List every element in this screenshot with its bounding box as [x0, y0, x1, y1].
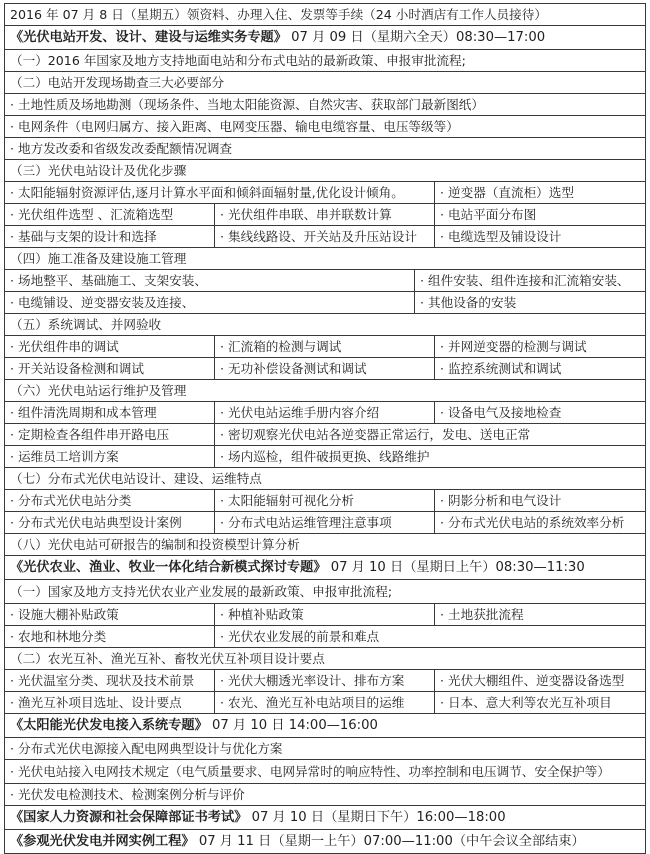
list-item: · 分布式光伏电站的系统效率分析: [435, 512, 646, 534]
list-item: · 土地获批流程: [435, 604, 646, 626]
item-row: · 运维员工培训方案 · 场内巡检，组件破损更换、线路维护: [5, 446, 646, 468]
topic1-time: 07 月 09 日（星期六全天）08:30—17:00: [287, 30, 545, 45]
topic1-header: 《光伏电站开发、设计、建设与运维实务专题》 07 月 09 日（星期六全天）08…: [5, 26, 646, 50]
list-item: · 集线线路设、开关站及升压站设计: [215, 226, 435, 248]
list-item: · 光伏发电检测技术、检测案例分析与评价: [5, 784, 646, 806]
list-item: · 运维员工培训方案: [5, 446, 215, 468]
item-row: · 光伏温室分类、现状及技术前景 · 光伏大棚透光率设计、排布方案 · 光伏大棚…: [5, 670, 646, 692]
topic3-header: 《太阳能光伏发电接入系统专题》 07 月 10 日 14:00—16:00: [5, 714, 646, 738]
topic2-section-2: （二）农光互补、渔光互补、畜牧光伏互补项目设计要点: [5, 648, 646, 670]
item-row: · 光伏电站接入电网技术规定（电气质量要求、电网异常时的响应特性、功率控制和电压…: [5, 760, 646, 784]
topic2-header: 《光伏农业、渔业、牧业一体化结合新模式探讨专题》 07 月 10 日（星期日上午…: [5, 556, 646, 580]
section-row: （一）国家及地方支持光伏农业产业发展的最新政策、申报审批流程;: [5, 580, 646, 604]
list-item: · 土地性质及场地勘测（现场条件、当地太阳能资源、自然灾害、获取部门最新图纸）: [5, 94, 646, 116]
list-item: · 电缆选型及铺设设计: [435, 226, 646, 248]
list-item: · 光伏组件选型 、汇流箱选型: [5, 204, 215, 226]
list-item: · 农地和林地分类: [5, 626, 215, 648]
list-item: · 分布式光伏电源接入配电网典型设计与优化方案: [5, 738, 646, 760]
list-item: · 日本、意大利等农光互补项目: [435, 692, 646, 714]
list-item: · 设备电气及接地检查: [435, 402, 646, 424]
list-item: · 分布式光伏电站典型设计案例: [5, 512, 215, 534]
item-row: · 分布式光伏电站典型设计案例 · 分布式电站运维管理注意事项 · 分布式光伏电…: [5, 512, 646, 534]
topic1-section-8: （八）光伏电站可研报告的编制和投资模型计算分析: [5, 534, 646, 556]
list-item: · 电缆铺设、逆变器安装及连接、: [5, 292, 415, 314]
section-row: （一）2016 年国家及地方支持地面电站和分布式电站的最新政策、申报审批流程;: [5, 50, 646, 72]
list-item: · 定期检查各组件串开路电压: [5, 424, 215, 446]
item-row: · 农地和林地分类 · 光伏农业发展的前景和难点: [5, 626, 646, 648]
item-row: · 分布式光伏电站分类 · 太阳能辐射可视化分析 · 阴影分析和电气设计: [5, 490, 646, 512]
list-item: · 种植补贴政策: [215, 604, 435, 626]
list-item: · 光伏电站接入电网技术规定（电气质量要求、电网异常时的响应特性、功率控制和电压…: [5, 760, 646, 784]
list-item: · 设施大棚补贴政策: [5, 604, 215, 626]
list-item: · 逆变器（直流柜）选型: [435, 182, 646, 204]
list-item: · 太阳能辐射可视化分析: [215, 490, 435, 512]
item-row: · 光伏发电检测技术、检测案例分析与评价: [5, 784, 646, 806]
section-row: （二）电站开发现场勘查三大必要部分: [5, 72, 646, 94]
item-row: · 场地整平、基础施工、支架安装、 · 组件安装、组件连接和汇流箱安装、: [5, 270, 646, 292]
item-row: · 土地性质及场地勘测（现场条件、当地太阳能资源、自然灾害、获取部门最新图纸）: [5, 94, 646, 116]
section-row: （六）光伏电站运行维护及管理: [5, 380, 646, 402]
section-row: （二）农光互补、渔光互补、畜牧光伏互补项目设计要点: [5, 648, 646, 670]
arrival-text: 2016 年 07 月 8 日（星期五）领资料、办理入住、发票等手续（24 小时…: [5, 4, 646, 26]
topic1-section-4: （四）施工准备及建设施工管理: [5, 248, 646, 270]
section-row: （七）分布式光伏电站设计、建设、运维特点: [5, 468, 646, 490]
item-row: · 分布式光伏电源接入配电网典型设计与优化方案: [5, 738, 646, 760]
list-item: · 地方发改委和省级发改委配额情况调查: [5, 138, 646, 160]
topic-header-row: 《太阳能光伏发电接入系统专题》 07 月 10 日 14:00—16:00: [5, 714, 646, 738]
list-item: · 光伏农业发展的前景和难点: [215, 626, 646, 648]
list-item: · 光伏组件串的调试: [5, 336, 215, 358]
list-item: · 并网逆变器的检测与调试: [435, 336, 646, 358]
list-item: · 光伏温室分类、现状及技术前景: [5, 670, 215, 692]
list-item: · 基础与支架的设计和选择: [5, 226, 215, 248]
list-item: · 光伏组件串联、串并联数计算: [215, 204, 435, 226]
topic5-header: 《参观光伏发电并网实例工程》 07 月 11 日（星期一上午）07:00—11:…: [5, 830, 646, 846]
list-item: · 监控系统测试和调试: [435, 358, 646, 380]
section-row: （四）施工准备及建设施工管理: [5, 248, 646, 270]
list-item: · 农光、渔光互补电站项目的运维: [215, 692, 435, 714]
list-item: · 汇流箱的检测与调试: [215, 336, 435, 358]
topic3-time: 07 月 10 日 14:00—16:00: [208, 718, 378, 733]
section-row: （五）系统调试、并网验收: [5, 314, 646, 336]
section-row: （三）光伏电站设计及优化步骤: [5, 160, 646, 182]
arrival-row: 2016 年 07 月 8 日（星期五）领资料、办理入住、发票等手续（24 小时…: [5, 4, 646, 26]
topic4-time: 07 月 10 日（星期日下午）16:00—18:00: [247, 810, 505, 825]
item-row: · 电缆铺设、逆变器安装及连接、 · 其他设备的安装: [5, 292, 646, 314]
list-item: · 光伏大棚透光率设计、排布方案: [215, 670, 435, 692]
topic-header-row: 《参观光伏发电并网实例工程》 07 月 11 日（星期一上午）07:00—11:…: [5, 830, 646, 846]
list-item: · 分布式光伏电站分类: [5, 490, 215, 512]
topic-header-row: 《光伏农业、渔业、牧业一体化结合新模式探讨专题》 07 月 10 日（星期日上午…: [5, 556, 646, 580]
item-row: · 电网条件（电网归属方、接入距离、电网变压器、输电电缆容量、电压等级等）: [5, 116, 646, 138]
item-row: · 定期检查各组件串开路电压 · 密切观察光伏电站各逆变器正常运行，发电、送电正…: [5, 424, 646, 446]
list-item: · 组件清洗周期和成本管理: [5, 402, 215, 424]
item-row: · 光伏组件选型 、汇流箱选型 · 光伏组件串联、串并联数计算 · 电站平面分布…: [5, 204, 646, 226]
list-item: · 渔光互补项目选址、设计要点: [5, 692, 215, 714]
topic1-section-7: （七）分布式光伏电站设计、建设、运维特点: [5, 468, 646, 490]
item-row: · 光伏组件串的调试 · 汇流箱的检测与调试 · 并网逆变器的检测与调试: [5, 336, 646, 358]
list-item: · 其他设备的安装: [415, 292, 646, 314]
list-item: · 场地整平、基础施工、支架安装、: [5, 270, 415, 292]
list-item: · 开关站设备检测和调试: [5, 358, 215, 380]
topic5-title: 《参观光伏发电并网实例工程》: [10, 834, 195, 845]
topic4-header: 《国家人力资源和社会保障部证书考试》 07 月 10 日（星期日下午）16:00…: [5, 806, 646, 830]
list-item: · 太阳能辐射资源评估,逐月计算水平面和倾斜面辐射量,优化设计倾角。: [5, 182, 435, 204]
list-item: · 无功补偿设备测试和调试: [215, 358, 435, 380]
topic4-title: 《国家人力资源和社会保障部证书考试》: [10, 810, 247, 825]
list-item: · 电网条件（电网归属方、接入距离、电网变压器、输电电缆容量、电压等级等）: [5, 116, 646, 138]
item-row: · 设施大棚补贴政策 · 种植补贴政策 · 土地获批流程: [5, 604, 646, 626]
item-row: · 基础与支架的设计和选择 · 集线线路设、开关站及升压站设计 · 电缆选型及铺…: [5, 226, 646, 248]
topic2-section-1: （一）国家及地方支持光伏农业产业发展的最新政策、申报审批流程;: [5, 580, 646, 604]
item-row: · 太阳能辐射资源评估,逐月计算水平面和倾斜面辐射量,优化设计倾角。 · 逆变器…: [5, 182, 646, 204]
list-item: · 电站平面分布图: [435, 204, 646, 226]
topic1-section-1: （一）2016 年国家及地方支持地面电站和分布式电站的最新政策、申报审批流程;: [5, 50, 646, 72]
schedule-table: 2016 年 07 月 8 日（星期五）领资料、办理入住、发票等手续（24 小时…: [4, 3, 646, 845]
list-item: · 光伏电站运维手册内容介绍: [215, 402, 435, 424]
section-row: （八）光伏电站可研报告的编制和投资模型计算分析: [5, 534, 646, 556]
list-item: · 分布式电站运维管理注意事项: [215, 512, 435, 534]
topic5-time: 07 月 11 日（星期一上午）07:00—11:00（中午会议全部结束）: [195, 834, 585, 845]
topic2-title: 《光伏农业、渔业、牧业一体化结合新模式探讨专题》: [10, 560, 327, 575]
list-item: · 光伏大棚组件、逆变器设备选型: [435, 670, 646, 692]
item-row: · 渔光互补项目选址、设计要点 · 农光、渔光互补电站项目的运维 · 日本、意大…: [5, 692, 646, 714]
list-item: · 组件安装、组件连接和汇流箱安装、: [415, 270, 646, 292]
topic-header-row: 《光伏电站开发、设计、建设与运维实务专题》 07 月 09 日（星期六全天）08…: [5, 26, 646, 50]
topic1-section-6: （六）光伏电站运行维护及管理: [5, 380, 646, 402]
item-row: · 地方发改委和省级发改委配额情况调查: [5, 138, 646, 160]
topic1-title: 《光伏电站开发、设计、建设与运维实务专题》: [10, 30, 287, 45]
list-item: · 阴影分析和电气设计: [435, 490, 646, 512]
topic2-time: 07 月 10 日（星期日上午）08:30—11:30: [327, 560, 585, 575]
item-row: · 组件清洗周期和成本管理 · 光伏电站运维手册内容介绍 · 设备电气及接地检查: [5, 402, 646, 424]
topic3-title: 《太阳能光伏发电接入系统专题》: [10, 718, 208, 733]
topic1-section-5: （五）系统调试、并网验收: [5, 314, 646, 336]
topic1-section-3: （三）光伏电站设计及优化步骤: [5, 160, 646, 182]
item-row: · 开关站设备检测和调试 · 无功补偿设备测试和调试 · 监控系统测试和调试: [5, 358, 646, 380]
topic1-section-2: （二）电站开发现场勘查三大必要部分: [5, 72, 646, 94]
list-item: · 密切观察光伏电站各逆变器正常运行，发电、送电正常: [215, 424, 646, 446]
topic-header-row: 《国家人力资源和社会保障部证书考试》 07 月 10 日（星期日下午）16:00…: [5, 806, 646, 830]
list-item: · 场内巡检，组件破损更换、线路维护: [215, 446, 646, 468]
